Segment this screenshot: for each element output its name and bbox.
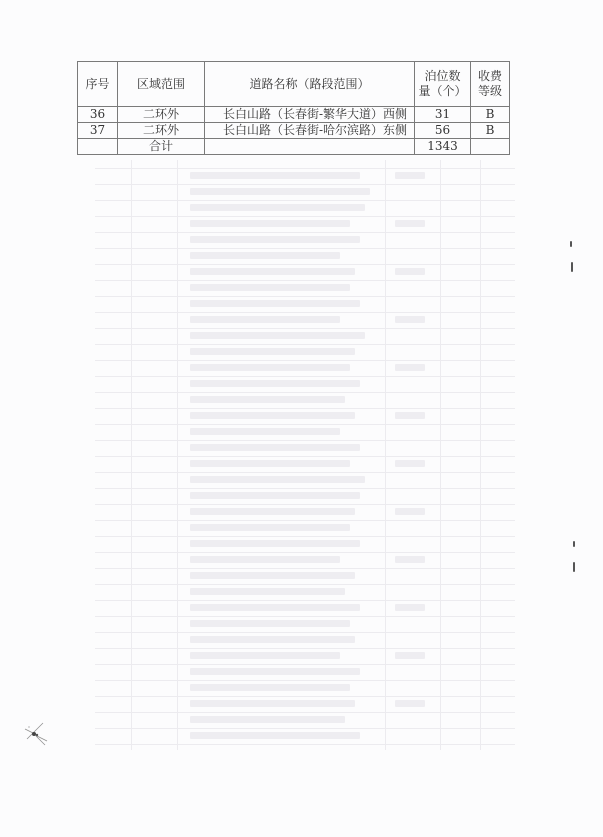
scan-speck	[15, 715, 55, 755]
scanned-page: 序号 区域范围 道路名称（路段范围） 泊位数 量（个） 收费 等级 36 二环外…	[0, 0, 603, 837]
cell-grade: B	[471, 107, 510, 123]
binding-mark	[570, 241, 572, 247]
table-header-row: 序号 区域范围 道路名称（路段范围） 泊位数 量（个） 收费 等级	[78, 62, 510, 107]
cell-spaces: 31	[415, 107, 471, 123]
header-no: 序号	[78, 62, 118, 107]
header-area: 区域范围	[118, 62, 205, 107]
header-grade: 收费 等级	[471, 62, 510, 107]
cell-no: 36	[78, 107, 118, 123]
header-spaces-line1: 泊位数	[415, 69, 470, 84]
table-row: 36 二环外 长白山路（长春街-繁华大道）西侧 31 B	[78, 107, 510, 123]
header-grade-line2: 等级	[471, 84, 509, 99]
cell-total-spaces: 1343	[415, 139, 471, 155]
header-spaces: 泊位数 量（个）	[415, 62, 471, 107]
cell-total-label: 合计	[118, 139, 205, 155]
cell-grade: B	[471, 123, 510, 139]
binding-mark	[571, 262, 573, 272]
cell-area: 二环外	[118, 123, 205, 139]
cell-area: 二环外	[118, 107, 205, 123]
cell-spaces: 56	[415, 123, 471, 139]
cell-road: 长白山路（长春街-哈尔滨路）东侧	[205, 123, 415, 139]
reverse-side-show-through	[95, 160, 515, 750]
table-total-row: 合计 1343	[78, 139, 510, 155]
cell-total-road	[205, 139, 415, 155]
header-grade-line1: 收费	[471, 69, 509, 84]
cell-no: 37	[78, 123, 118, 139]
binding-mark	[573, 541, 575, 547]
cell-total-no	[78, 139, 118, 155]
table-row: 37 二环外 长白山路（长春街-哈尔滨路）东侧 56 B	[78, 123, 510, 139]
binding-mark	[573, 562, 575, 572]
cell-road: 长白山路（长春街-繁华大道）西侧	[205, 107, 415, 123]
cell-total-grade	[471, 139, 510, 155]
header-spaces-line2: 量（个）	[415, 84, 470, 99]
parking-spaces-table: 序号 区域范围 道路名称（路段范围） 泊位数 量（个） 收费 等级 36 二环外…	[77, 61, 510, 155]
header-road: 道路名称（路段范围）	[205, 62, 415, 107]
